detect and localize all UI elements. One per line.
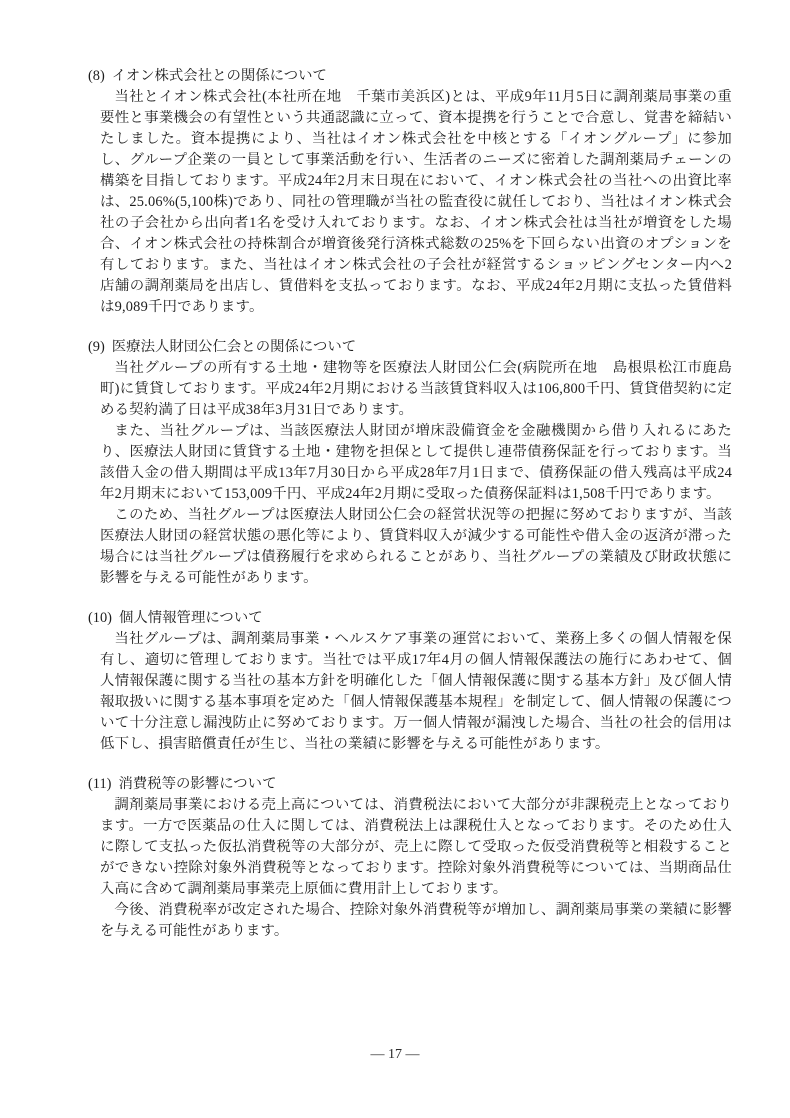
section-8-aeon-relationship: (8)イオン株式会社との関係について 当社とイオン株式会社(本社所在地 千葉市美… — [88, 66, 732, 318]
paragraph: また、当社グループは、当該医療法人財団が増床設備資金を金融機関から借り入れるにあ… — [100, 421, 732, 505]
section-heading: (11)消費税等の影響について — [88, 774, 732, 795]
paragraph: このため、当社グループは医療法人財団公仁会の経営状況等の把握に努めておりますが、… — [100, 505, 732, 589]
section-number: (8) — [88, 68, 105, 84]
paragraph: 当社グループの所有する土地・建物等を医療法人財団公仁会(病院所在地 島根県松江市… — [100, 358, 732, 421]
section-11-consumption-tax-effects: (11)消費税等の影響について 調剤薬局事業における売上高については、消費税法に… — [88, 774, 732, 942]
section-number: (9) — [88, 339, 105, 355]
section-title: イオン株式会社との関係について — [112, 68, 327, 84]
section-body: 当社グループの所有する土地・建物等を医療法人財団公仁会(病院所在地 島根県松江市… — [100, 358, 732, 589]
section-body: 調剤薬局事業における売上高については、消費税法において大部分が非課税売上となって… — [100, 795, 732, 942]
document-page: (8)イオン株式会社との関係について 当社とイオン株式会社(本社所在地 千葉市美… — [0, 0, 790, 1118]
paragraph: 当社グループは、調剤薬局事業・ヘルスケア事業の運営において、業務上多くの個人情報… — [100, 629, 732, 755]
section-title: 個人情報管理について — [119, 610, 263, 626]
section-heading: (10)個人情報管理について — [88, 608, 732, 629]
section-heading: (9)医療法人財団公仁会との関係について — [88, 337, 732, 358]
page-content: (8)イオン株式会社との関係について 当社とイオン株式会社(本社所在地 千葉市美… — [88, 66, 732, 961]
section-title: 医療法人財団公仁会との関係について — [112, 339, 356, 355]
section-number: (11) — [88, 776, 111, 792]
page-number-footer: ― 17 ― — [0, 1046, 790, 1064]
section-title: 消費税等の影響について — [118, 776, 276, 792]
paragraph: 当社とイオン株式会社(本社所在地 千葉市美浜区)とは、平成9年11月5日に調剤薬… — [100, 87, 732, 318]
section-body: 当社グループは、調剤薬局事業・ヘルスケア事業の運営において、業務上多くの個人情報… — [100, 629, 732, 755]
section-10-personal-information-management: (10)個人情報管理について 当社グループは、調剤薬局事業・ヘルスケア事業の運営… — [88, 608, 732, 755]
section-body: 当社とイオン株式会社(本社所在地 千葉市美浜区)とは、平成9年11月5日に調剤薬… — [100, 87, 732, 318]
section-9-medical-foundation-relationship: (9)医療法人財団公仁会との関係について 当社グループの所有する土地・建物等を医… — [88, 337, 732, 589]
paragraph: 調剤薬局事業における売上高については、消費税法において大部分が非課税売上となって… — [100, 795, 732, 900]
section-number: (10) — [88, 610, 112, 626]
paragraph: 今後、消費税率が改定された場合、控除対象外消費税等が増加し、調剤薬局事業の業績に… — [100, 900, 732, 942]
section-heading: (8)イオン株式会社との関係について — [88, 66, 732, 87]
